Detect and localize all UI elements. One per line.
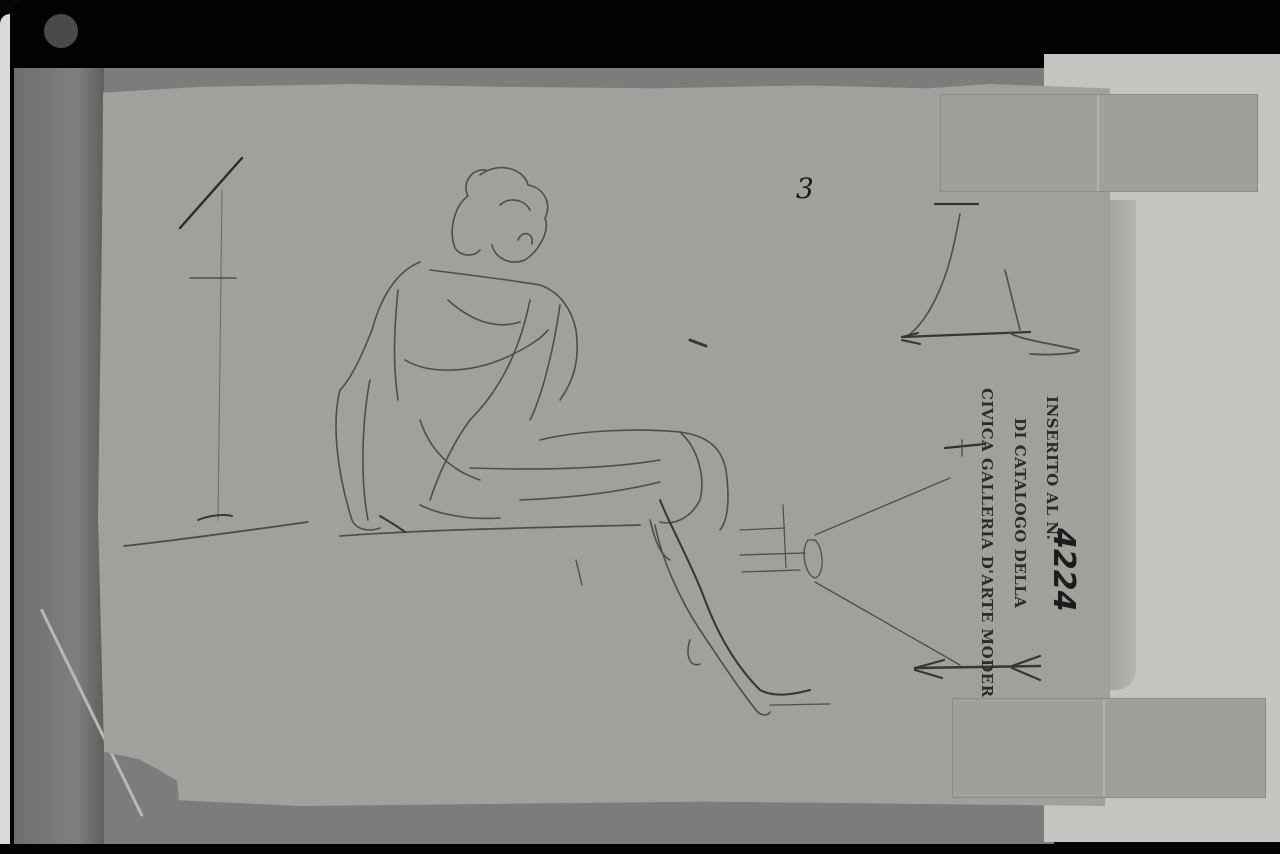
photograph-frame: 3 INSERITO AL N. 4224 DI CATALOGO DELLA … [0, 0, 1280, 854]
film-border-bottom [0, 844, 1280, 854]
stamp-line-galleria: CIVICA GALLERIA D'ARTE MODERNA [978, 388, 996, 724]
tape-strip-top [940, 94, 1258, 192]
stamp-line-inserito: INSERITO AL N. [1043, 396, 1061, 540]
stamp-line-catalogo: DI CATALOGO DELLA [1011, 418, 1029, 608]
tape-seam [1103, 699, 1105, 797]
catalog-number: 4224 [1046, 528, 1081, 612]
page-number-mark: 3 [796, 172, 814, 205]
tape-seam [1097, 95, 1099, 191]
tape-strip-bottom [952, 698, 1266, 798]
catalog-stamp: INSERITO AL N. 4224 DI CATALOGO DELLA CI… [928, 388, 1108, 658]
